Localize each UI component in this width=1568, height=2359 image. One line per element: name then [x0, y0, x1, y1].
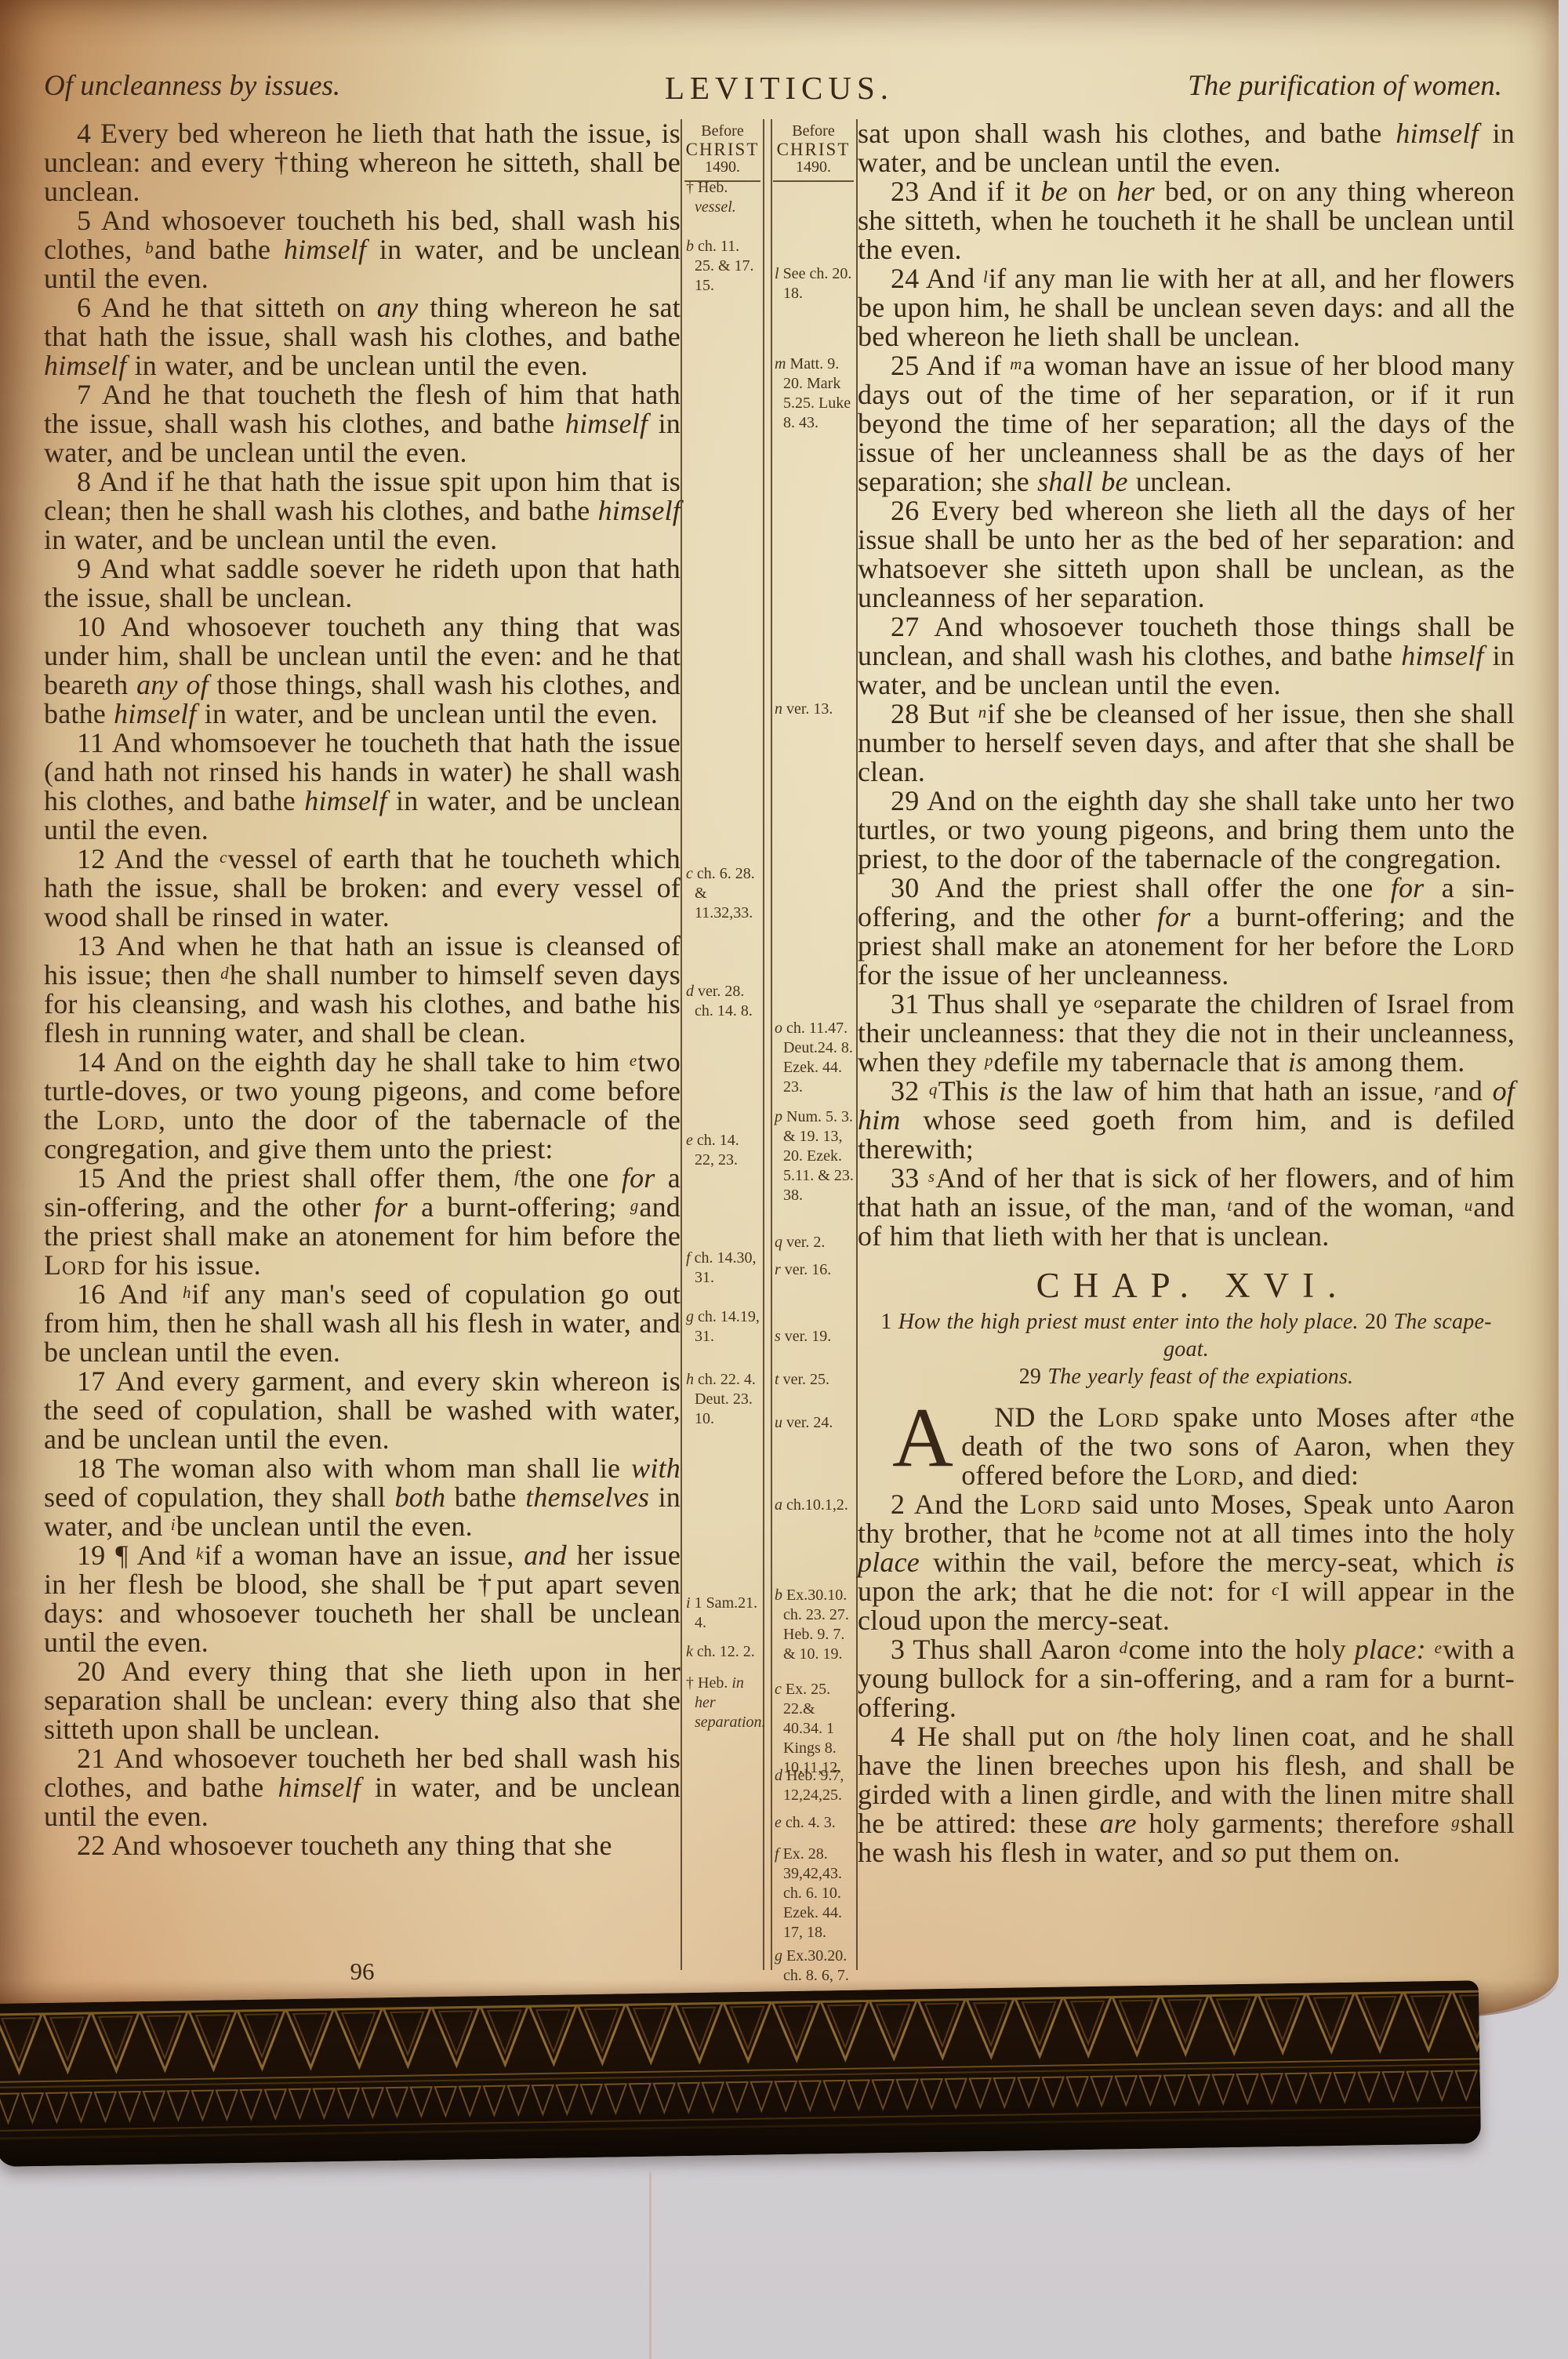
- chapter-summary-line: 1 How the high priest must enter into th…: [873, 1308, 1499, 1363]
- margin-note: s ver. 19.: [775, 1327, 855, 1347]
- verse: 12 And the cvessel of earth that he touc…: [44, 845, 681, 932]
- verse: 17 And every garment, and every skin whe…: [44, 1367, 681, 1454]
- verse: 11 And whomsoever he toucheth that hath …: [44, 729, 681, 845]
- margin-note: e ch. 14. 22, 23.: [686, 1131, 761, 1170]
- verse: 7 And he that toucheth the flesh of him …: [44, 380, 681, 467]
- verse: 14 And on the eighth day he shall take t…: [44, 1048, 681, 1164]
- right-column-verses: sat upon shall wash his clothes, and bat…: [858, 119, 1515, 1251]
- verse: 3 Thus shall Aaron dcome into the holy p…: [858, 1635, 1515, 1722]
- chapter-heading: CHAP. XVI.: [858, 1271, 1515, 1300]
- margin-note: † Heb. vessel.: [686, 178, 761, 217]
- book-binding-edge: [0, 1980, 1481, 2167]
- verse: 25 And if ma woman have an issue of her …: [858, 351, 1515, 496]
- verse: 9 And what saddle soever he rideth upon …: [44, 554, 681, 612]
- binding-pattern-art: [0, 1980, 1481, 2167]
- margin-note: t ver. 25.: [775, 1370, 855, 1390]
- chapter-summary: 1 How the high priest must enter into th…: [873, 1308, 1499, 1390]
- margin-note: b Ex.30.10. ch. 23. 27. Heb. 9. 7. & 10.…: [775, 1586, 855, 1664]
- verse: 29 And on the eighth day she shall take …: [858, 787, 1515, 874]
- verse: 10 And whosoever toucheth any thing that…: [44, 612, 681, 729]
- verse: 21 And whosoever toucheth her bed shall …: [44, 1744, 681, 1831]
- before-christ-heading: Before CHRIST 1490.: [773, 122, 854, 182]
- margin-note: † Heb. in her separation.: [686, 1674, 761, 1732]
- verse: 31 Thus shall ye oseparate the children …: [858, 990, 1515, 1077]
- right-text-column: sat upon shall wash his clothes, and bat…: [858, 119, 1515, 1867]
- verse: 32 qThis is the law of him that hath an …: [858, 1077, 1515, 1164]
- margin-note: c ch. 6. 28. & 11.32,33.: [686, 864, 761, 923]
- verse: 6 And he that sitteth on any thing where…: [44, 293, 681, 380]
- verse: 30 And the priest shall offer the one fo…: [858, 874, 1515, 990]
- left-text-column: 4 Every bed whereon he lieth that hath t…: [44, 119, 681, 1860]
- margin-note: g Ex.30.20. ch. 8. 6, 7.: [775, 1946, 855, 1986]
- margin-note: d Heb. 9.7, 12,24,25.: [775, 1766, 855, 1805]
- bible-page: Of uncleanness by issues. LEVITICUS. The…: [0, 0, 1559, 2017]
- page-number: 96: [44, 1957, 681, 1986]
- margin-note: c Ex. 25. 22.& 40.34. 1 Kings 8. 10,11,1…: [775, 1680, 855, 1778]
- margin-note: e ch. 4. 3.: [775, 1813, 855, 1833]
- margin-note: r ver. 16.: [775, 1260, 855, 1280]
- verse: 24 And lif any man lie with her at all, …: [858, 264, 1515, 351]
- verse: 4 He shall put on fthe holy linen coat, …: [858, 1722, 1515, 1867]
- margin-note: p Num. 5. 3. & 19. 13, 20. Ezek. 5.11. &…: [775, 1107, 855, 1205]
- verse: 2 And the Lord said unto Moses, Speak un…: [858, 1490, 1515, 1635]
- verse: 27 And whosoever toucheth those things s…: [858, 612, 1515, 700]
- margin-note: h ch. 22. 4. Deut. 23. 10.: [686, 1370, 761, 1429]
- running-head-right: The purification of women.: [1188, 69, 1502, 103]
- margin-note: b ch. 11. 25. & 17. 15.: [686, 237, 761, 296]
- table-crease-line: [649, 2172, 652, 2359]
- photo-background: Of uncleanness by issues. LEVITICUS. The…: [0, 0, 1568, 2359]
- verse: AND the Lord spake unto Moses after athe…: [858, 1403, 1515, 1490]
- verse: 28 But nif she be cleansed of her issue,…: [858, 700, 1515, 787]
- margin-note: o ch. 11.47. Deut.24. 8. Ezek. 44. 23.: [775, 1019, 855, 1097]
- margin-notes-right: Before CHRIST 1490. l See ch. 20. 18.m M…: [771, 119, 856, 1970]
- margin-note: g ch. 14.19, 31.: [686, 1307, 761, 1347]
- verse: 26 Every bed whereon she lieth all the d…: [858, 496, 1515, 612]
- margin-note: q ver. 2.: [775, 1233, 855, 1252]
- verse: 33 sAnd of her that is sick of her flowe…: [858, 1164, 1515, 1251]
- verse: 15 And the priest shall offer them, fthe…: [44, 1164, 681, 1280]
- verse: 19 ¶ And kif a woman have an issue, and …: [44, 1541, 681, 1657]
- margin-note: n ver. 13.: [775, 700, 855, 719]
- margin-notes-left: Before CHRIST 1490. † Heb. vessel.b ch. …: [682, 119, 763, 1970]
- verse: 4 Every bed whereon he lieth that hath t…: [44, 119, 681, 206]
- verse: 5 And whosoever toucheth his bed, shall …: [44, 206, 681, 293]
- verse: 18 The woman also with whom man shall li…: [44, 1454, 681, 1541]
- verse: 20 And every thing that she lieth upon i…: [44, 1657, 681, 1744]
- verse: 13 And when he that hath an issue is cle…: [44, 932, 681, 1048]
- margin-note: a ch.10.1,2.: [775, 1496, 855, 1515]
- chapter-summary-line: 29 The yearly feast of the expiations.: [873, 1363, 1499, 1390]
- margin-note: u ver. 24.: [775, 1413, 855, 1433]
- margin-note: f ch. 14.30, 31.: [686, 1249, 761, 1288]
- margin-note: m Matt. 9. 20. Mark 5.25. Luke 8. 43.: [775, 354, 855, 433]
- verse: 23 And if it be on her bed, or on any th…: [858, 177, 1515, 264]
- margin-note: i 1 Sam.21. 4.: [686, 1594, 761, 1633]
- verse: 22 And whosoever toucheth any thing that…: [44, 1831, 681, 1860]
- margin-notes-column: Before CHRIST 1490. † Heb. vessel.b ch. …: [681, 119, 858, 1970]
- chapter-verses: AND the Lord spake unto Moses after athe…: [858, 1403, 1515, 1867]
- verse: 16 And hif any man's seed of copulation …: [44, 1280, 681, 1367]
- verse: sat upon shall wash his clothes, and bat…: [858, 119, 1515, 177]
- margin-note: f Ex. 28. 39,42,43. ch. 6. 10. Ezek. 44.…: [775, 1845, 855, 1943]
- before-christ-heading: Before CHRIST 1490.: [684, 122, 760, 182]
- verse: 8 And if he that hath the issue spit upo…: [44, 467, 681, 554]
- margin-note: l See ch. 20. 18.: [775, 264, 855, 304]
- drop-cap: A: [858, 1403, 961, 1467]
- margin-note: d ver. 28. ch. 14. 8.: [686, 982, 761, 1021]
- margin-note: k ch. 12. 2.: [686, 1642, 761, 1662]
